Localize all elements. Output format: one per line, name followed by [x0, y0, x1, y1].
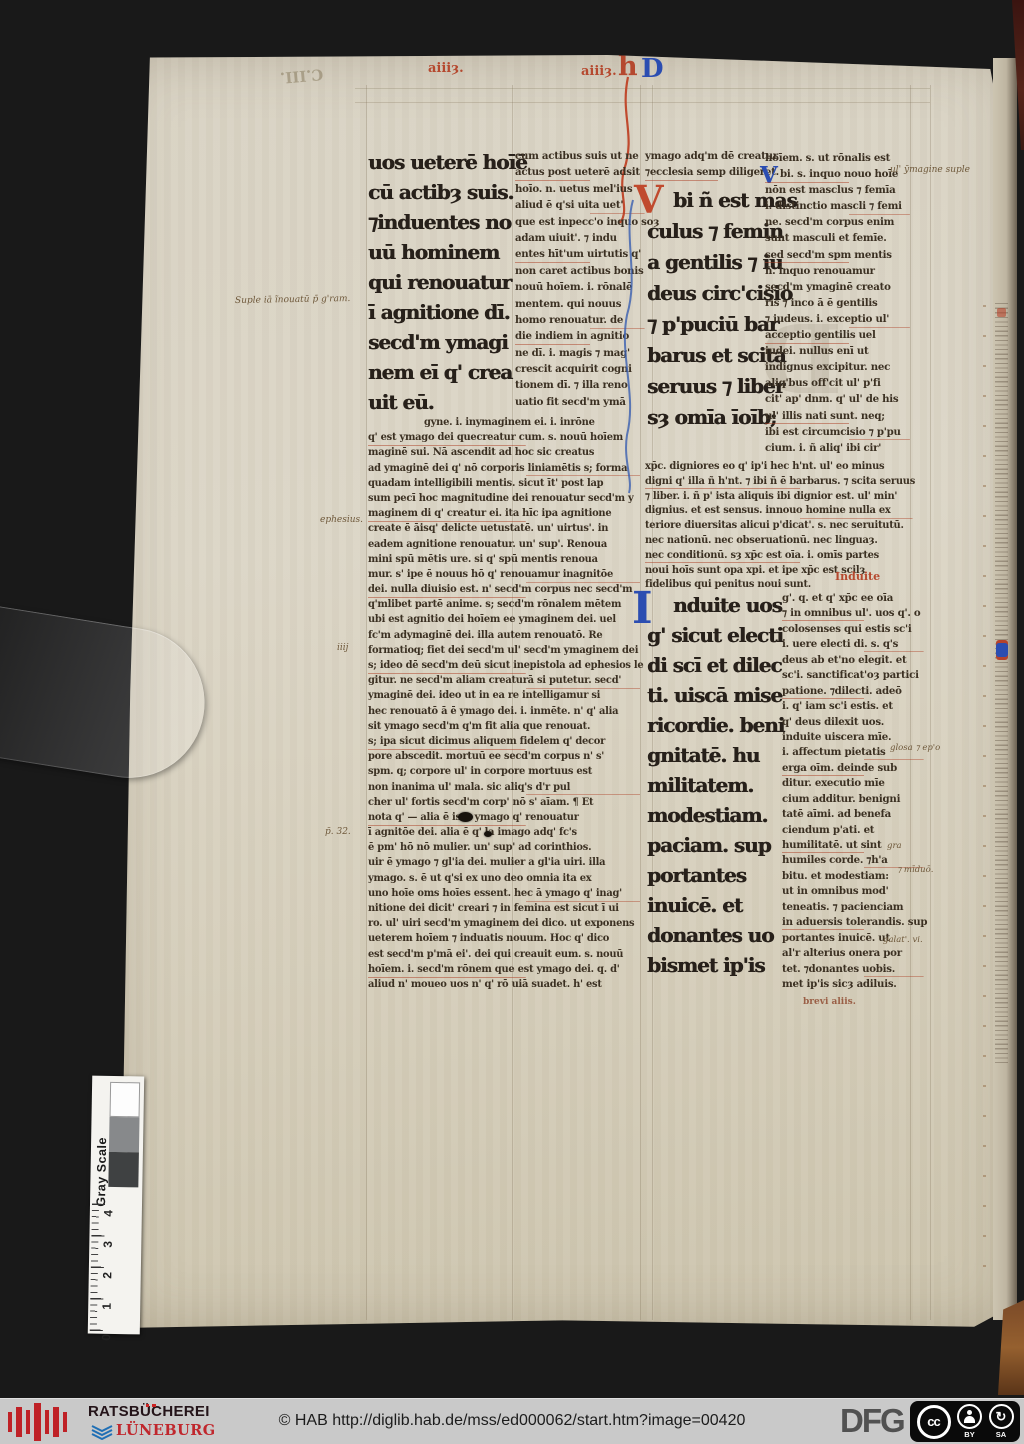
- digitized-manuscript-photo: C.III. aiiiȝ. aiiiȝ. h D D uos ueterē ho…: [0, 0, 1024, 1444]
- right-gloss-bottom-column: g'. q. et q' xp̄c ee oīa⁊ in omnibus ul'…: [782, 592, 924, 993]
- margin-note-supple: Suple iā ĩnouatū p̄ g'ram.: [235, 294, 351, 306]
- corner-inscription: C.III.: [279, 65, 324, 87]
- ruler-label: Gray Scale: [94, 1082, 110, 1207]
- parchment-hole: [484, 831, 492, 837]
- ratsbuecherei-bars-logo: [8, 1402, 82, 1442]
- margin-note-ephesius: ephesius.: [320, 515, 363, 525]
- margin-note-glosa: glosa ⁊ ep'o: [890, 743, 940, 753]
- share-alike-icon: ↻: [989, 1404, 1014, 1429]
- gray-patch-mid: [109, 1117, 140, 1153]
- parchment-hole: [458, 812, 473, 822]
- margin-note-right-top: ul' ȳmagine suple: [890, 165, 970, 175]
- catchword-induite: Induite: [835, 570, 880, 583]
- gray-patch-white: [110, 1082, 141, 1118]
- right-lemma-bottom-text: nduite uosg' sicut electidi scī et dilec…: [647, 590, 777, 980]
- left-gloss-body: gyne. i. inymaginem ei. i. inrōneq' est …: [368, 417, 640, 994]
- right-intro-gloss: ymago adq'm dē creatur⁊ecclesia semp dil…: [645, 150, 771, 182]
- left-lemma-text: uos ueterē hoīēcū actibȝ suis.⁊induentes…: [368, 147, 518, 417]
- sa-label: SA: [996, 1430, 1006, 1439]
- open-book-icon: [90, 1423, 114, 1440]
- ruler-numbers: 43210: [103, 1198, 128, 1353]
- prick-marks: [983, 305, 986, 1295]
- next-page-initial: [996, 643, 1008, 657]
- ruling-line: [366, 85, 367, 1320]
- umlaut-accent: [146, 1404, 156, 1407]
- margin-note-p32: p̄. 32.: [325, 827, 351, 837]
- gray-patches: [108, 1082, 140, 1188]
- gloss-tail-note: brevi aliis.: [803, 997, 856, 1007]
- margin-note-iiij: iiij: [337, 643, 348, 653]
- gray-scale-ruler: Gray Scale 43210: [88, 1076, 144, 1335]
- library-city: LÜNEBURG: [116, 1422, 216, 1439]
- margin-note-galat: galat'. vi.: [883, 935, 923, 945]
- right-lemma-top-text: bi ñ est masculus ⁊ femina gentilis ⁊ iu…: [647, 185, 773, 433]
- next-page-edge: [993, 58, 1017, 1320]
- margin-note-mdum: ⁊ mīduō.: [897, 865, 933, 875]
- cc-by-sa-badge: cc BY ↻ SA: [910, 1401, 1020, 1442]
- by-label: BY: [964, 1430, 974, 1439]
- gray-patch-dark: [108, 1152, 139, 1188]
- quire-mark: aiiiȝ.: [428, 61, 464, 76]
- attribution-person-icon: [957, 1404, 982, 1429]
- right-gloss-column: hoīem. s. ut rōnalis estbi. s. inquo nou…: [765, 152, 910, 458]
- margin-note-gra: gra: [887, 841, 902, 851]
- cc-icon: cc: [917, 1405, 951, 1439]
- image-credit-url: © HAB http://diglib.hab.de/mss/ed000062/…: [279, 1412, 746, 1430]
- attribution-bar: RATSBÜCHEREI LÜNEBURG © HAB http://digli…: [0, 1398, 1024, 1444]
- manuscript-page: C.III. aiiiȝ. aiiiȝ. h D D uos ueterē ho…: [115, 55, 1010, 1328]
- dfg-logo: DFG: [840, 1402, 904, 1440]
- next-page-text-sliver: [995, 303, 1008, 1063]
- next-page-rubric-mark: [997, 308, 1006, 317]
- blue-penwork-flourish-icon: [621, 195, 641, 495]
- ruling-line: [930, 85, 931, 1320]
